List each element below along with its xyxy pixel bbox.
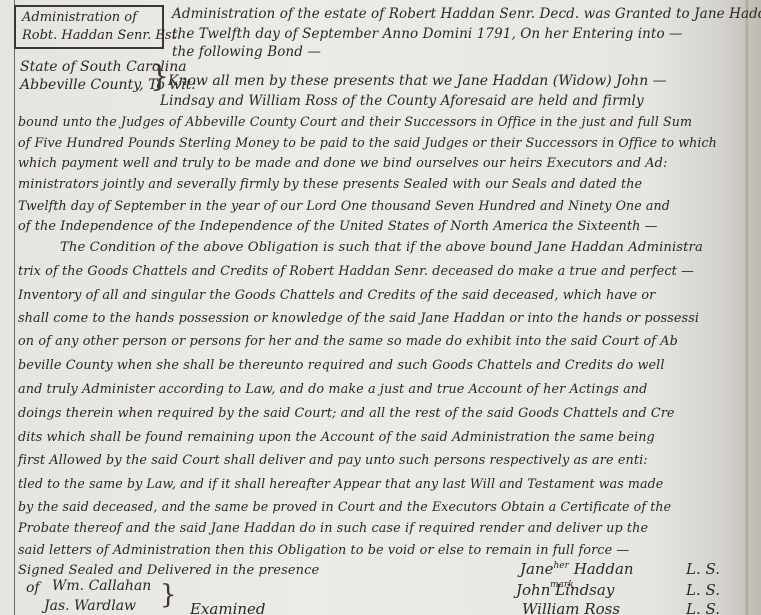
document-page: Administration of Robt. Haddan Senr. Est… — [0, 0, 761, 615]
jurisdiction-brace: } — [150, 62, 169, 92]
signatory-john-lindsay: John Lindsay — [516, 581, 614, 599]
signatory-last-name: Lindsay — [555, 581, 614, 599]
signatory-jane-haddan: Janeher Haddan — [520, 560, 634, 578]
body-line-6: Twelfth day of September in the year of … — [18, 198, 670, 213]
body-line-16: dits which shall be found remaining upon… — [18, 430, 655, 445]
body-line-15: doings therein when required by the said… — [18, 406, 675, 421]
binding-edge — [745, 0, 749, 615]
body-line-1: Lindsay and William Ross of the County A… — [160, 93, 644, 109]
body-line-7: of the Independence of the Independence … — [18, 219, 658, 234]
body-line-10: Inventory of all and singular the Goods … — [18, 288, 655, 303]
body-line-11: shall come to the hands possession or kn… — [18, 311, 699, 326]
body-line-14: and truly Administer according to Law, a… — [18, 382, 647, 397]
body-line-18: tled to the same by Law, and if it shall… — [18, 476, 663, 491]
opening-line: Know all men by these presents that we J… — [168, 73, 667, 89]
margin-note-box: Administration of Robt. Haddan Senr. Est… — [14, 5, 164, 49]
body-line-19: by the said deceased, and the same be pr… — [18, 499, 671, 514]
seal-1: L. S. — [686, 560, 720, 578]
signatory-last-name: Ross — [584, 600, 620, 615]
heading-line-1: Administration of the estate of Robert H… — [172, 6, 761, 22]
signatory-superscript: her — [554, 561, 569, 571]
body-line-9: trix of the Goods Chattels and Credits o… — [18, 264, 694, 279]
condition-line: The Condition of the above Obligation is… — [60, 240, 703, 255]
signatory-first-name: John — [516, 581, 550, 599]
margin-note-line-1: Administration of — [22, 9, 156, 27]
body-line-13: beville County when she shall be thereun… — [18, 358, 665, 373]
body-line-20: Probate thereof and the said Jane Haddan… — [18, 521, 648, 536]
witness-wardlaw: Jas. Wardlaw — [44, 598, 136, 614]
body-line-5: ministrators jointly and severally firml… — [18, 177, 642, 192]
body-line-3: of Five Hundred Pounds Sterling Money to… — [18, 135, 717, 150]
body-line-12: on of any other person or persons for he… — [18, 334, 678, 349]
heading-line-2: the Twelfth day of September Anno Domini… — [172, 26, 683, 42]
body-line-2: bound unto the Judges of Abbeville Count… — [18, 114, 692, 129]
body-line-17: first Allowed by the said Court shall de… — [18, 453, 648, 468]
body-line-4: which payment well and truly to be made … — [18, 156, 667, 171]
signatory-first-name: Jane — [520, 560, 554, 578]
seal-3: L. S. — [686, 600, 720, 615]
signatory-first-name: William — [522, 600, 580, 615]
witness-callahan: Wm. Callahan — [52, 578, 151, 594]
left-margin-rule — [14, 0, 15, 615]
signatory-william-ross: William Ross — [522, 600, 620, 615]
witness-prefix: of — [26, 580, 40, 596]
body-line-21: said letters of Administration then this… — [18, 543, 629, 558]
witness-brace: } — [160, 580, 177, 610]
signed-sealed-line: Signed Sealed and Delivered in the prese… — [18, 563, 319, 578]
signatory-last-name: Haddan — [574, 560, 634, 578]
examined-note: Examined — [190, 600, 266, 615]
margin-note-line-2: Robt. Haddan Senr. Est. — [22, 27, 156, 45]
seal-2: L. S. — [686, 581, 720, 599]
